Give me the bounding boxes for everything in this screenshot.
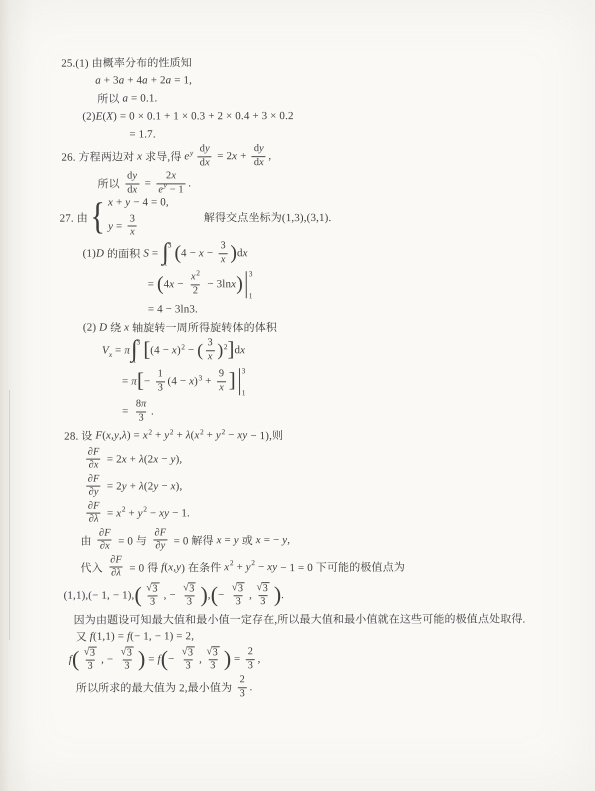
math-text: 绕 xyxy=(107,319,124,335)
math-text: 轴旋转一周所得旋转体的体积 xyxy=(129,319,277,335)
big-delimiter: ) xyxy=(274,587,281,603)
math-text: 求导,得 xyxy=(142,148,184,164)
math-variable: y xyxy=(216,429,221,441)
integral-glyph: ∫ xyxy=(162,240,169,264)
fraction-denominator: ∂x xyxy=(98,540,112,553)
fraction: ∂F∂λ xyxy=(108,554,124,579)
math-text: = 1.7. xyxy=(129,128,155,140)
fraction-numerator: ∂F xyxy=(86,500,102,512)
integral-glyph: ∫ xyxy=(131,337,138,361)
fraction: √33 xyxy=(181,583,198,608)
p28-solve-xy: 由 ∂F∂x = 0 与 ∂F∂y = 0 解得 x = y 或 x = − y… xyxy=(80,525,589,553)
math-text: = 0 解得 xyxy=(171,532,217,548)
math-text: , xyxy=(199,653,202,665)
math-text: + xyxy=(113,196,125,208)
math-text: (1,1) = xyxy=(93,630,127,642)
math-text: , xyxy=(258,653,261,665)
fraction-numerator: √3 xyxy=(82,647,99,659)
math-text: 的面积 xyxy=(104,245,143,261)
radicand: 3 xyxy=(126,647,134,659)
math-text: (− 1, − 1) = 2, xyxy=(130,630,194,642)
fraction: 8π3 xyxy=(134,399,149,424)
p27-system-of-equations: 27. 由{x + y − 4 = 0,y = 3x解得交点坐标为(1,3),(… xyxy=(60,195,589,238)
fraction: x22 xyxy=(189,272,202,297)
math-text: − xyxy=(204,247,216,259)
fraction-numerator: ∂F xyxy=(86,446,102,458)
fraction: 23 xyxy=(246,647,255,672)
math-text: − xyxy=(225,429,237,441)
math-text: ) xyxy=(194,375,198,387)
math-text: − xyxy=(218,589,227,601)
superscript: 3 xyxy=(198,373,202,382)
fraction: dydx xyxy=(125,171,139,196)
math-text: − xyxy=(185,344,197,356)
fraction-denominator: 3 xyxy=(122,659,131,672)
math-text: . xyxy=(188,177,191,189)
math-text: = xyxy=(112,345,124,357)
math-variable: y xyxy=(246,561,251,573)
fraction: 13 xyxy=(156,369,165,394)
radicand: 3 xyxy=(212,647,220,659)
math-variable: E xyxy=(96,111,103,123)
math-text: . xyxy=(151,405,154,417)
math-text: , xyxy=(268,150,271,162)
math-text: 3 xyxy=(240,688,245,700)
math-text: 2 xyxy=(193,285,198,297)
math-text: 由 xyxy=(80,532,94,548)
fraction-denominator: x xyxy=(219,253,228,266)
fraction-denominator: 3 xyxy=(258,595,267,608)
math-text: + xyxy=(237,150,249,162)
cases-row: x + y − 4 = 0, xyxy=(108,196,169,208)
superscript: 2 xyxy=(230,558,234,567)
fraction-numerator: x2 xyxy=(189,272,202,284)
fraction-denominator: 2 xyxy=(191,284,200,297)
fraction-numerator: √3 xyxy=(254,582,271,594)
fraction: 3x xyxy=(219,241,228,266)
math-variable: λ xyxy=(94,514,99,526)
math-text: + xyxy=(127,480,139,492)
math-variable: x xyxy=(221,254,226,266)
equation-system: {x + y − 4 = 0,y = 3x xyxy=(89,196,169,238)
math-variable: x xyxy=(224,561,229,573)
radicand: 3 xyxy=(151,583,159,595)
p27-volume-antiderivative: = π[− 13(4 − x)3 + 9x]31 xyxy=(122,364,589,397)
math-text: (2) xyxy=(83,321,99,333)
radicand: 3 xyxy=(187,647,195,659)
fraction-numerator: √3 xyxy=(204,647,221,659)
big-delimiter: ) xyxy=(230,246,237,260)
math-text: − 1 = 0 下可能的极值点为 xyxy=(277,558,405,574)
fraction: √33 xyxy=(254,582,271,607)
math-text: 4 − xyxy=(181,247,199,259)
math-variable: x xyxy=(105,541,110,553)
fraction: ∂F∂x xyxy=(86,446,102,471)
evaluation-bounds: 31 xyxy=(249,269,253,300)
p28-values-at-unit-points: 又 f(1,1) = f(− 1, − 1) = 2, xyxy=(76,626,590,644)
math-variable: x xyxy=(130,226,135,238)
scanned-solutions-page: 25.(1) 由概率分布的性质知a + 3a + 4a + 2a = 1,所以 … xyxy=(0,0,595,791)
math-text: 所以所求的最大值为 2,最小值为 xyxy=(76,679,235,695)
math-text: − 1. xyxy=(169,507,190,519)
math-variable: x xyxy=(94,460,99,472)
superscript: 2 xyxy=(200,427,204,436)
math-text: − xyxy=(158,453,170,465)
big-delimiter: ) xyxy=(200,587,207,603)
math-text: 9 xyxy=(219,369,224,381)
evaluation-upper-bound: 3 xyxy=(242,366,246,375)
fraction-numerator: √3 xyxy=(119,647,136,659)
math-text: − xyxy=(168,653,177,665)
math-text: = 4 − 3ln3. xyxy=(148,303,198,315)
fraction: ∂F∂λ xyxy=(86,500,102,525)
p27-area-integral: (1)D 的面积 S = ∫31(4 − x − 3x)dx xyxy=(83,237,589,268)
math-variable: x xyxy=(219,382,224,394)
fraction-denominator: dx xyxy=(198,156,212,169)
fraction-denominator: 3 xyxy=(184,659,193,672)
fraction: 3x xyxy=(206,338,215,363)
square-root: √3 xyxy=(232,582,245,594)
fraction-denominator: 3 xyxy=(148,595,157,608)
fraction-numerator: ∂F xyxy=(86,473,102,485)
fraction: 9x xyxy=(217,369,226,394)
p26-derivative-result: 所以 dydx = 2xey − 1. xyxy=(97,169,588,196)
p28-values-at-sqrt3-points: f(√33, − √33) = f(− √33,√33) = 23, xyxy=(69,643,590,674)
math-variable: y xyxy=(164,429,169,441)
fraction-numerator: √3 xyxy=(144,583,161,595)
superscript: 2 xyxy=(170,427,174,436)
fraction-denominator: ∂x xyxy=(87,459,101,472)
evaluation-bar: 31 xyxy=(239,366,246,397)
math-variable: F xyxy=(104,527,110,539)
math-text: = xyxy=(145,653,157,665)
math-text: 3 xyxy=(186,660,191,672)
fraction: √33 xyxy=(144,583,161,608)
fraction-denominator: ∂λ xyxy=(87,513,101,526)
math-variable: x xyxy=(133,184,138,196)
fraction: 2xey − 1 xyxy=(156,171,185,196)
math-variable: y xyxy=(259,144,264,156)
math-text: + xyxy=(202,375,214,387)
math-text: = xyxy=(122,405,131,417)
math-variable: y xyxy=(132,171,137,183)
fraction: ∂F∂y xyxy=(152,527,168,552)
big-delimiter: ) xyxy=(217,343,223,356)
p27-volume-integral: Vx = π∫31[(4 − x)2 − (3x)2]dx xyxy=(102,334,589,365)
math-variable: D xyxy=(99,321,107,333)
scan-edge-artifact xyxy=(9,390,10,640)
fraction-denominator: 3 xyxy=(86,659,95,672)
math-text: 3 xyxy=(158,382,163,394)
superscript: 2 xyxy=(143,504,147,513)
fraction-denominator: 3 xyxy=(234,595,243,608)
math-text: 3 xyxy=(88,660,93,672)
radicand: 3 xyxy=(262,582,270,594)
math-text: = xyxy=(231,653,243,665)
math-variable: x xyxy=(116,507,121,519)
fraction-denominator: ∂λ xyxy=(109,567,123,580)
math-text: ) xyxy=(177,344,181,356)
math-text: 因为由题设可知最大值和最小值一定存在,所以最大值和最小值就在这些可能的极值点处取… xyxy=(74,610,526,627)
fraction-numerator: ∂F xyxy=(108,554,124,566)
big-delimiter: ) xyxy=(224,651,231,667)
fraction-numerator: dy xyxy=(125,171,139,183)
fraction: √33 xyxy=(82,647,99,672)
math-text: = xyxy=(222,534,234,546)
math-text: 1 xyxy=(158,369,163,381)
math-text: , − xyxy=(164,589,179,601)
math-text: ) = xyxy=(127,429,143,441)
math-text: = xyxy=(149,247,161,259)
math-text: − xyxy=(144,375,153,387)
math-text: = xyxy=(113,220,125,232)
superscript: 2 xyxy=(148,427,152,436)
p25-part2-expectation: (2)E(X) = 0 × 0.1 + 1 × 0.3 + 2 × 0.4 + … xyxy=(82,106,588,125)
math-text: − 3ln xyxy=(204,278,231,290)
math-text: 3 xyxy=(187,596,192,608)
math-text: 3 xyxy=(236,596,241,608)
math-text: 所以 xyxy=(97,176,122,192)
fraction-denominator: dx xyxy=(125,183,139,196)
math-variable: F xyxy=(93,500,99,512)
math-text: ) 在条件 xyxy=(181,559,224,575)
math-variable: X xyxy=(106,111,113,123)
cases-rows: x + y − 4 = 0,y = 3x xyxy=(108,196,169,238)
p25-expectation-result: = 1.7. xyxy=(129,124,588,142)
math-document: 25.(1) 由概率分布的性质知a + 3a + 4a + 2a = 1,所以 … xyxy=(53,52,590,700)
fraction-denominator: x xyxy=(128,225,137,238)
superscript: 2 xyxy=(251,558,255,567)
math-text: (1,1),(− 1, − 1), xyxy=(64,589,135,601)
fraction: dydx xyxy=(252,144,266,169)
math-text: + 3 xyxy=(101,75,119,87)
big-delimiter: ( xyxy=(174,246,181,260)
p26-implicit-differentiation: 26. 方程两边对 x 求导,得 eydydx = 2x + dydx, xyxy=(61,141,588,170)
math-text: = 0 得 xyxy=(126,559,161,575)
evaluation-upper-bound: 3 xyxy=(249,269,253,278)
cases-row: y = 3x xyxy=(108,213,169,238)
square-root: √3 xyxy=(206,647,219,659)
math-text: ), xyxy=(176,480,183,492)
math-text: (2 xyxy=(144,453,154,465)
math-text: 2 xyxy=(248,647,253,659)
big-delimiter: [ xyxy=(143,342,150,357)
math-text: 3 xyxy=(130,213,135,225)
fraction-numerator: 1 xyxy=(156,369,165,381)
fraction-denominator: x xyxy=(217,381,226,394)
fraction-denominator: 3 xyxy=(137,411,146,424)
math-text: + 2 xyxy=(148,74,166,86)
math-text: + xyxy=(234,561,246,573)
p27-part2-header: (2) D 绕 x 轴旋转一周所得旋转体的体积 xyxy=(83,317,589,335)
fraction-numerator: √3 xyxy=(180,647,197,659)
fraction-numerator: dy xyxy=(252,144,266,156)
math-text: 3 xyxy=(221,241,226,253)
fraction: 3x xyxy=(128,213,137,238)
fraction-denominator: 3 xyxy=(208,659,217,672)
math-text: + xyxy=(204,429,216,441)
math-text: = − xyxy=(261,534,282,546)
big-delimiter: [ xyxy=(137,373,144,388)
math-variable: F xyxy=(95,430,102,442)
radicand: 3 xyxy=(89,647,97,659)
math-variable: x xyxy=(259,157,264,169)
integral-sign: ∫31 xyxy=(162,240,173,267)
math-text: 28. 设 xyxy=(64,428,95,444)
math-variable: F xyxy=(93,446,99,458)
big-delimiter: ] xyxy=(227,342,234,357)
math-text: − xyxy=(174,278,186,290)
p25-probability-sum: a + 3a + 4a + 2a = 1, xyxy=(95,70,588,89)
math-text: = xyxy=(142,177,154,189)
math-variable: xy xyxy=(237,429,247,441)
fraction-numerator: 2 xyxy=(246,647,255,659)
math-text: + xyxy=(174,429,186,441)
radicand: 3 xyxy=(188,583,196,595)
math-text: (4 − xyxy=(150,344,172,356)
math-text: 或 xyxy=(239,532,256,548)
math-text: − xyxy=(158,480,170,492)
fraction: √33 xyxy=(204,647,221,672)
fraction-denominator: 3 xyxy=(156,381,165,394)
math-variable: π xyxy=(124,345,130,357)
evaluation-bounds: 31 xyxy=(242,366,246,397)
math-variable: e xyxy=(158,184,163,196)
square-root: √3 xyxy=(146,583,159,595)
math-text: ) = 0 × 0.1 + 1 × 0.3 + 2 × 0.4 + 3 × 0.… xyxy=(113,110,293,122)
math-text: ), xyxy=(176,453,183,465)
math-text: = 2 xyxy=(214,150,232,162)
math-variable: x xyxy=(240,344,245,356)
math-text: 代入 xyxy=(80,559,105,575)
math-text: . xyxy=(249,681,252,693)
math-text: = xyxy=(122,375,131,387)
math-text: − 4 = 0, xyxy=(130,196,169,208)
fraction-denominator: ∂y xyxy=(87,486,101,499)
math-variable: λ xyxy=(116,568,121,580)
math-text: 3 xyxy=(208,338,213,350)
fraction-numerator: √3 xyxy=(230,582,247,594)
p28-partial-lambda: ∂F∂λ = x2 + y2 − xy − 1. xyxy=(83,498,589,526)
math-variable: D xyxy=(96,248,104,260)
math-variable: π xyxy=(141,399,146,411)
math-variable: x xyxy=(194,429,199,441)
big-delimiter: ( xyxy=(134,587,141,603)
fraction-numerator: 9 xyxy=(217,369,226,381)
math-text: (4 − xyxy=(167,375,189,387)
p25-a-value: 所以 a = 0.1. xyxy=(97,88,588,107)
math-text: 3 xyxy=(260,596,265,608)
big-delimiter: ] xyxy=(229,373,236,388)
math-variable: F xyxy=(93,473,99,485)
evaluation-lower-bound: 1 xyxy=(242,388,246,397)
math-variable: x xyxy=(143,429,148,441)
math-variable: F xyxy=(160,527,166,539)
fraction: 23 xyxy=(238,675,247,700)
fraction-denominator: 3 xyxy=(185,595,194,608)
fraction-denominator: ∂y xyxy=(153,539,167,552)
math-variable: y xyxy=(94,487,99,499)
math-text: , − xyxy=(101,654,116,666)
p25-part1-header: 25.(1) 由概率分布的性质知 xyxy=(61,52,588,71)
math-text: 解得交点坐标为(1,3),(3,1). xyxy=(204,209,332,225)
math-variable: V xyxy=(102,345,109,357)
p28-critical-points: (1,1),(− 1, − 1),(√33, − √33),(− √33,√33… xyxy=(64,579,590,610)
math-text: , xyxy=(249,589,252,601)
math-text: + xyxy=(125,507,137,519)
big-delimiter: ) xyxy=(236,277,243,291)
superscript: 2 xyxy=(196,269,200,278)
p27-volume-result: = 8π3. xyxy=(122,396,589,425)
big-delimiter: ( xyxy=(211,587,218,603)
fraction-numerator: ∂F xyxy=(97,527,113,539)
superscript: 2 xyxy=(181,342,185,351)
p28-substitute: 代入 ∂F∂λ = 0 得 f(x,y) 在条件 x2 + y2 − xy − … xyxy=(80,552,589,580)
math-variable: xy xyxy=(267,561,277,573)
p28-setup: 28. 设 F(x,y,λ) = x2 + y2 + λ(x2 + y2 − x… xyxy=(64,424,589,445)
math-variable: xy xyxy=(159,507,169,519)
math-text: − xyxy=(255,561,267,573)
fraction-numerator: ∂F xyxy=(152,527,168,539)
math-text: + xyxy=(127,453,139,465)
math-variable: e xyxy=(184,150,189,162)
fraction: ∂F∂y xyxy=(86,473,102,498)
math-variable: y xyxy=(138,507,143,519)
p28-partial-x: ∂F∂x = 2x + λ(2x − y), xyxy=(83,444,589,472)
math-text: (2 xyxy=(144,480,154,492)
square-root: √3 xyxy=(121,647,134,659)
fraction-numerator: √3 xyxy=(181,583,198,595)
fraction-numerator: 3 xyxy=(128,213,137,225)
math-text: 3 xyxy=(150,596,155,608)
math-text: = xyxy=(148,278,157,290)
math-text: − 1 xyxy=(167,184,184,196)
math-text: = 1, xyxy=(171,74,192,86)
math-text: − xyxy=(147,507,159,519)
math-variable: x xyxy=(191,272,196,284)
math-variable: x xyxy=(208,351,213,363)
superscript: y xyxy=(190,148,193,157)
math-text: 3 xyxy=(124,660,129,672)
p28-partial-y: ∂F∂y = 2y + λ(2y − x), xyxy=(83,471,589,499)
big-delimiter: ( xyxy=(72,651,79,667)
math-text: 3 xyxy=(210,660,215,672)
superscript: 2 xyxy=(221,427,225,436)
p28-conclusion: 所以所求的最大值为 2,最小值为 23. xyxy=(76,673,590,700)
math-text: . xyxy=(281,589,284,601)
math-variable: x xyxy=(171,171,176,183)
fraction-denominator: 3 xyxy=(238,687,247,700)
superscript: 2 xyxy=(122,505,126,514)
fraction: √33 xyxy=(119,647,136,672)
big-delimiter: ( xyxy=(161,651,168,667)
square-root: √3 xyxy=(182,647,195,659)
evaluation-bar-rule xyxy=(239,368,240,395)
evaluation-lower-bound: 1 xyxy=(249,291,253,300)
p27-area-antiderivative: = (4x − x22 − 3lnx)31 xyxy=(148,267,589,300)
fraction-denominator: ey − 1 xyxy=(156,183,185,196)
subscript: x xyxy=(109,350,112,359)
math-text: = 2 xyxy=(104,480,122,492)
integral-sign: ∫31 xyxy=(131,337,142,364)
math-text: (1) xyxy=(83,248,96,260)
evaluation-bar: 31 xyxy=(246,269,253,300)
fraction-denominator: 3 xyxy=(246,659,255,672)
fraction: √33 xyxy=(230,582,247,607)
math-text: 3 xyxy=(139,412,144,424)
math-text: 3 xyxy=(248,660,253,672)
evaluation-bar-rule xyxy=(246,271,247,298)
